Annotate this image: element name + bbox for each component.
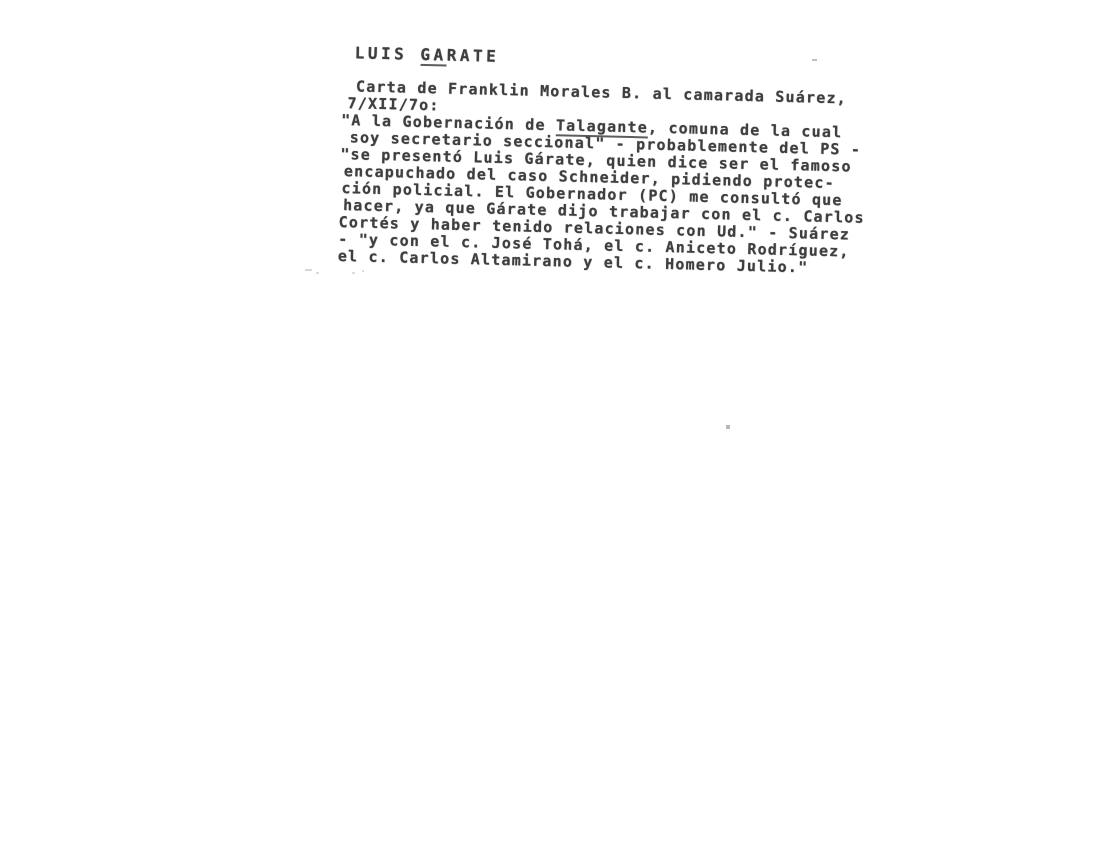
title-underlined-text: GA xyxy=(420,45,447,67)
scan-speckle xyxy=(726,425,730,429)
typed-text-block: LUIS GARATE Carta de Franklin Morales B.… xyxy=(338,44,903,279)
title-text: LUIS xyxy=(355,43,421,64)
scan-speckle xyxy=(305,269,312,271)
scan-speckle xyxy=(316,272,319,274)
scanned-document-page: LUIS GARATE Carta de Franklin Morales B.… xyxy=(0,0,1100,850)
document-title: LUIS GARATE xyxy=(355,44,903,75)
title-text: RATE xyxy=(446,46,499,66)
scan-speckle xyxy=(362,270,364,272)
scan-speckle xyxy=(352,272,355,274)
scan-speckle xyxy=(812,59,817,61)
